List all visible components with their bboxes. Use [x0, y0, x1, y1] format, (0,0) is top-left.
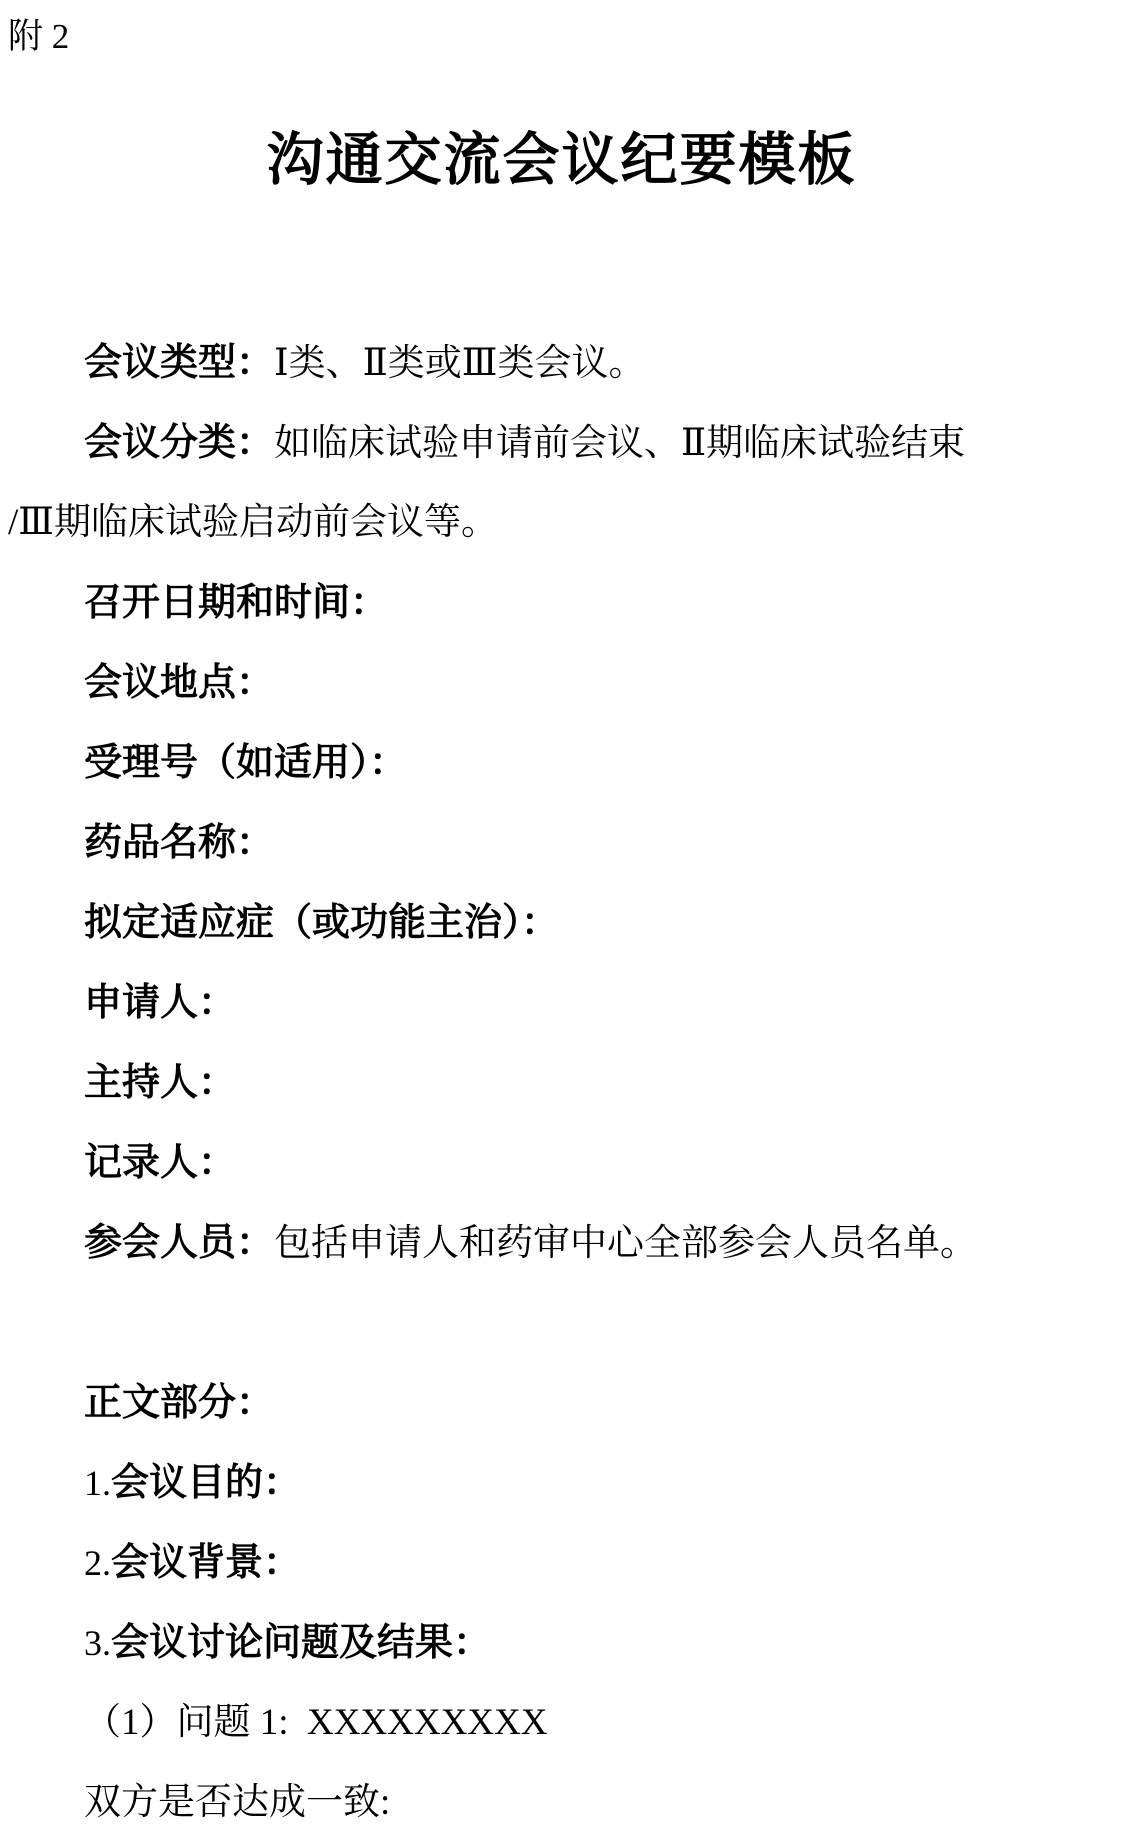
line-segment-body: （1）问题 1: XXXXXXXXX [84, 1702, 548, 1743]
document-line: 主持人： [8, 1043, 1003, 1123]
line-segment-body: 双方是否达成一致: [84, 1782, 390, 1823]
line-segment-body: 如临床试验申请前会议、Ⅱ期临床试验结束 [274, 423, 965, 464]
document-line: 记录人： [8, 1123, 1003, 1203]
document-line: 药品名称： [8, 803, 1003, 883]
line-segment-label: 主持人： [84, 1062, 236, 1104]
line-segment-label: 受理号（如适用）： [84, 742, 407, 784]
document-line: /Ⅲ期临床试验启动前会议等。 [8, 483, 1003, 563]
line-segment-label: 申请人： [84, 982, 236, 1024]
line-segment-label: 记录人： [84, 1142, 236, 1184]
line-segment-num: 3. [84, 1623, 111, 1663]
document-line: 会议地点： [8, 643, 1003, 723]
document-line: 双方是否达成一致: [8, 1763, 1003, 1839]
document-title: 沟通交流会议纪要模板 [0, 128, 1123, 194]
document-line: （1）问题 1: XXXXXXXXX [8, 1683, 1003, 1763]
line-segment-label: 会议背景： [111, 1542, 301, 1584]
line-segment-num: 1. [84, 1463, 111, 1503]
line-segment-label: 拟定适应症（或功能主治）： [84, 902, 559, 944]
line-segment-label: 药品名称： [84, 822, 274, 864]
line-segment-label: 会议分类： [84, 422, 274, 464]
line-segment-num: 2. [84, 1543, 111, 1583]
document-line: 拟定适应症（或功能主治）： [8, 883, 1003, 963]
line-segment-label: 参会人员： [84, 1222, 274, 1264]
blank-line [8, 1283, 1003, 1363]
line-segment-label: 召开日期和时间： [84, 582, 388, 624]
document-line: 会议类型：Ⅰ类、Ⅱ类或Ⅲ类会议。 [8, 323, 1003, 403]
document-line: 3.会议讨论问题及结果： [8, 1603, 1003, 1683]
line-segment-label: 会议讨论问题及结果： [111, 1622, 491, 1664]
document-body: 会议类型：Ⅰ类、Ⅱ类或Ⅲ类会议。会议分类：如临床试验申请前会议、Ⅱ期临床试验结束… [8, 323, 1003, 1839]
document-line: 受理号（如适用）： [8, 723, 1003, 803]
document-line: 2.会议背景： [8, 1523, 1003, 1603]
line-segment-body: Ⅰ类、Ⅱ类或Ⅲ类会议。 [274, 343, 645, 384]
line-segment-body: /Ⅲ期临床试验启动前会议等。 [8, 502, 498, 543]
document-page: 附 2 沟通交流会议纪要模板 会议类型：Ⅰ类、Ⅱ类或Ⅲ类会议。会议分类：如临床试… [0, 0, 1123, 1839]
document-line: 申请人： [8, 963, 1003, 1043]
line-segment-label: 正文部分： [84, 1382, 274, 1424]
document-line: 参会人员：包括申请人和药审中心全部参会人员名单。 [8, 1203, 1003, 1283]
document-line: 正文部分： [8, 1363, 1003, 1443]
line-segment-label: 会议类型： [84, 342, 274, 384]
document-line: 召开日期和时间： [8, 563, 1003, 643]
line-segment-label: 会议地点： [84, 662, 274, 704]
document-line: 1.会议目的： [8, 1443, 1003, 1523]
line-segment-label: 会议目的： [111, 1462, 301, 1504]
document-line: 会议分类：如临床试验申请前会议、Ⅱ期临床试验结束 [8, 403, 1003, 483]
attachment-number-label: 附 2 [8, 16, 69, 58]
line-segment-body: 包括申请人和药审中心全部参会人员名单。 [274, 1223, 977, 1264]
